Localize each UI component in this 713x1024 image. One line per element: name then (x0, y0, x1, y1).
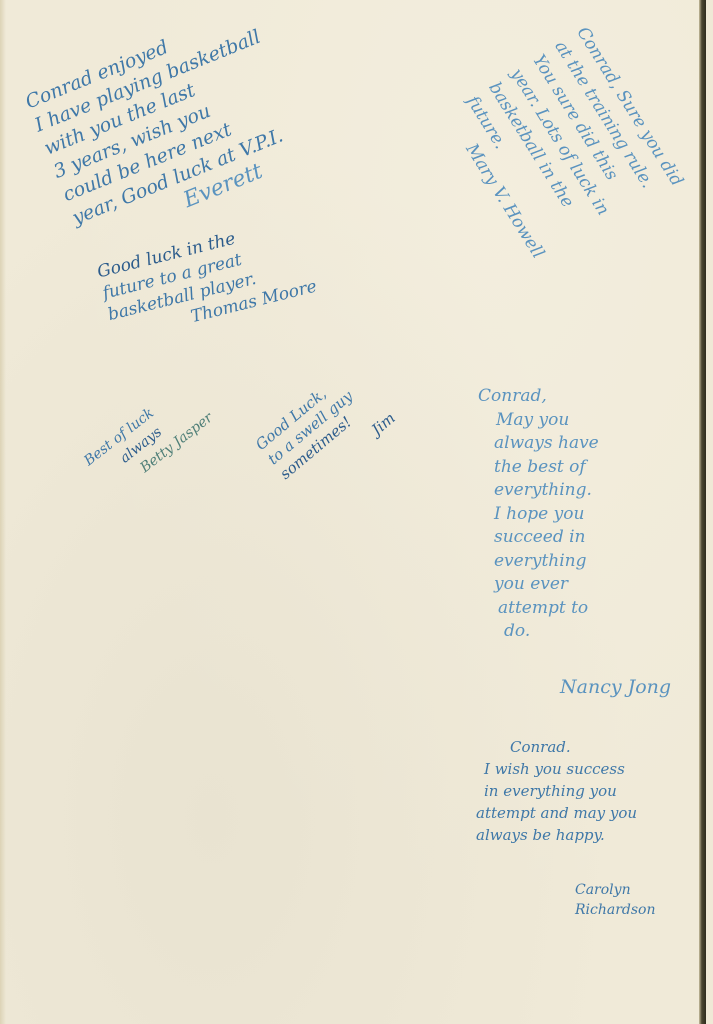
signature: Nancy Jong (560, 676, 671, 698)
inscription-line: do. (478, 620, 599, 644)
inscription-line: Conrad, (478, 385, 599, 409)
inscription-carolyn-richardson: Conrad. I wish you success in everything… (476, 736, 637, 846)
inscription-line: in everything you (476, 780, 637, 802)
signature: Carolyn Richardson (575, 880, 695, 920)
inscription-line: I wish you success (476, 758, 637, 780)
inscription-betty-jasper: Best of luck always Betty Jasper (80, 377, 217, 503)
inscription-jim: Good Luck, to a swell guy sometimes! (252, 372, 369, 483)
yearbook-page: Conrad enjoyed I have playing basketball… (0, 0, 706, 1024)
inscription-line: always be happy. (476, 824, 637, 846)
inscription-line: the best of (478, 456, 599, 480)
inscription-line: attempt and may you (476, 802, 637, 824)
signature: Jim (368, 409, 399, 439)
inscription-line: everything. (478, 479, 599, 503)
inscription-jim-signature: Jim (368, 409, 399, 439)
inscription-nancy-jong-signature: Nancy Jong (560, 676, 671, 698)
inscription-nancy-jong: Conrad, May you always have the best of … (478, 385, 599, 644)
inscription-line: you ever (478, 573, 599, 597)
inscription-line: Conrad. (476, 736, 637, 758)
inscription-mary-howell: Conrad, Sure you did at the training rul… (438, 22, 690, 274)
inscription-line: succeed in (478, 526, 599, 550)
page-binding-edge (699, 0, 706, 1024)
inscription-line: everything (478, 550, 599, 574)
page-left-edge (0, 0, 6, 1024)
inscription-line: attempt to (478, 597, 599, 621)
inscription-line: I hope you (478, 503, 599, 527)
inscription-line: May you (478, 409, 599, 433)
inscription-carolyn-richardson-signature: Carolyn Richardson (575, 880, 695, 920)
inscription-line: always have (478, 432, 599, 456)
inscription-everett: Conrad enjoyed I have playing basketball… (22, 2, 311, 255)
